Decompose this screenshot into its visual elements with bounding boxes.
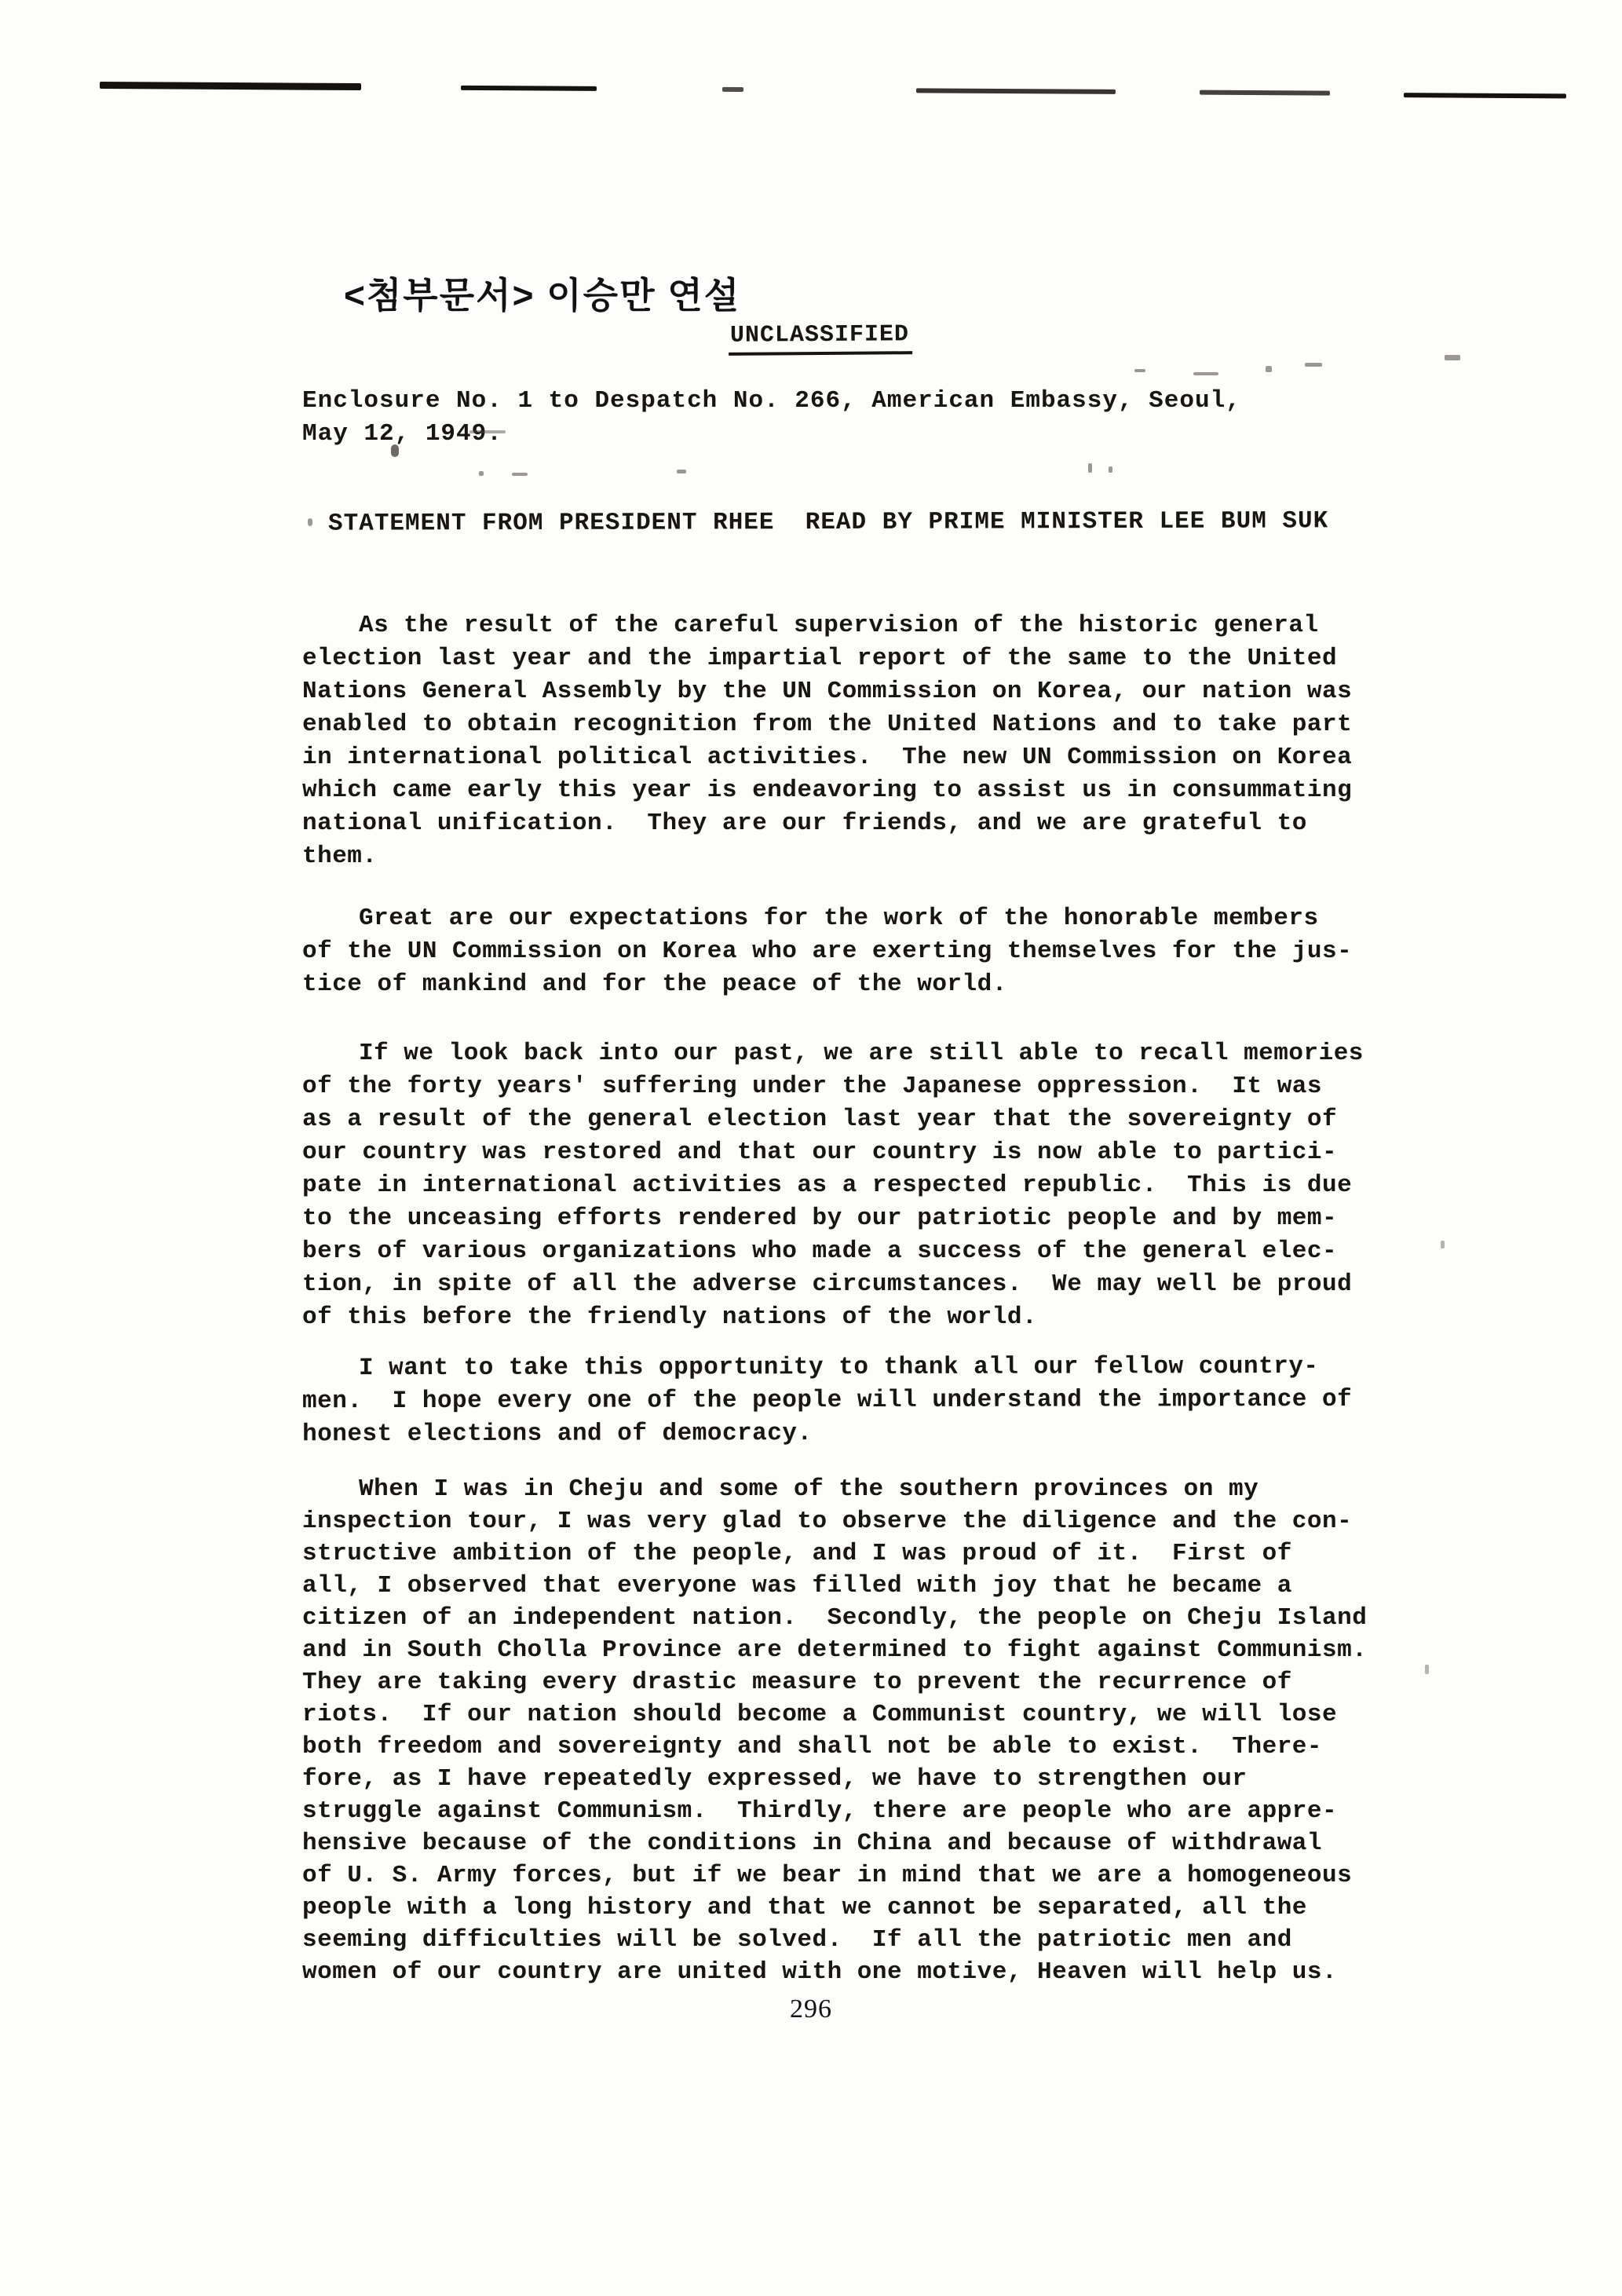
enclosure-line: Enclosure No. 1 to Despatch No. 266, Ame… xyxy=(302,385,1241,418)
paragraph-2: Great are our expectations for the work … xyxy=(302,902,1433,1001)
scan-noise xyxy=(1193,372,1218,375)
scan-noise xyxy=(391,444,399,457)
scan-noise xyxy=(308,518,312,526)
scan-noise xyxy=(1441,1241,1445,1249)
torn-edge-dash xyxy=(100,82,361,90)
scan-noise xyxy=(1445,355,1460,360)
scan-noise xyxy=(1109,466,1112,473)
paragraph-1: As the result of the careful supervision… xyxy=(302,609,1433,873)
scan-noise xyxy=(469,430,506,433)
statement-title: STATEMENT FROM PRESIDENT RHEE READ BY PR… xyxy=(328,505,1328,540)
torn-edge-dash xyxy=(461,86,597,91)
scan-noise xyxy=(1305,363,1322,367)
scan-noise xyxy=(677,470,686,473)
korean-attachment-header: <첨부문서> 이승만 연설 xyxy=(344,267,740,319)
enclosure-block: Enclosure No. 1 to Despatch No. 266, Ame… xyxy=(302,385,1241,451)
scanned-document-page: <첨부문서> 이승만 연설 UNCLASSIFIED Enclosure No.… xyxy=(0,0,1622,2296)
scan-noise xyxy=(1088,463,1092,473)
paragraph-5: When I was in Cheju and some of the sout… xyxy=(302,1473,1433,1988)
paragraph-3: If we look back into our past, we are st… xyxy=(302,1037,1433,1334)
classification-stamp: UNCLASSIFIED xyxy=(729,321,912,356)
torn-edge-dash xyxy=(1404,93,1566,98)
enclosure-date-line: May 12, 1949. xyxy=(302,418,1241,451)
torn-edge-dash xyxy=(916,88,1116,94)
paragraph-4: I want to take this opportunity to thank… xyxy=(302,1351,1433,1452)
torn-edge-dash xyxy=(722,87,743,92)
scan-noise xyxy=(1134,369,1145,372)
top-torn-edge-line xyxy=(98,79,1582,104)
torn-edge-dash xyxy=(1200,90,1330,96)
scan-noise xyxy=(1266,366,1272,372)
scan-noise xyxy=(512,473,528,476)
scan-noise xyxy=(1425,1665,1429,1674)
page-number: 296 xyxy=(0,1994,1622,2024)
scan-noise xyxy=(479,471,484,476)
